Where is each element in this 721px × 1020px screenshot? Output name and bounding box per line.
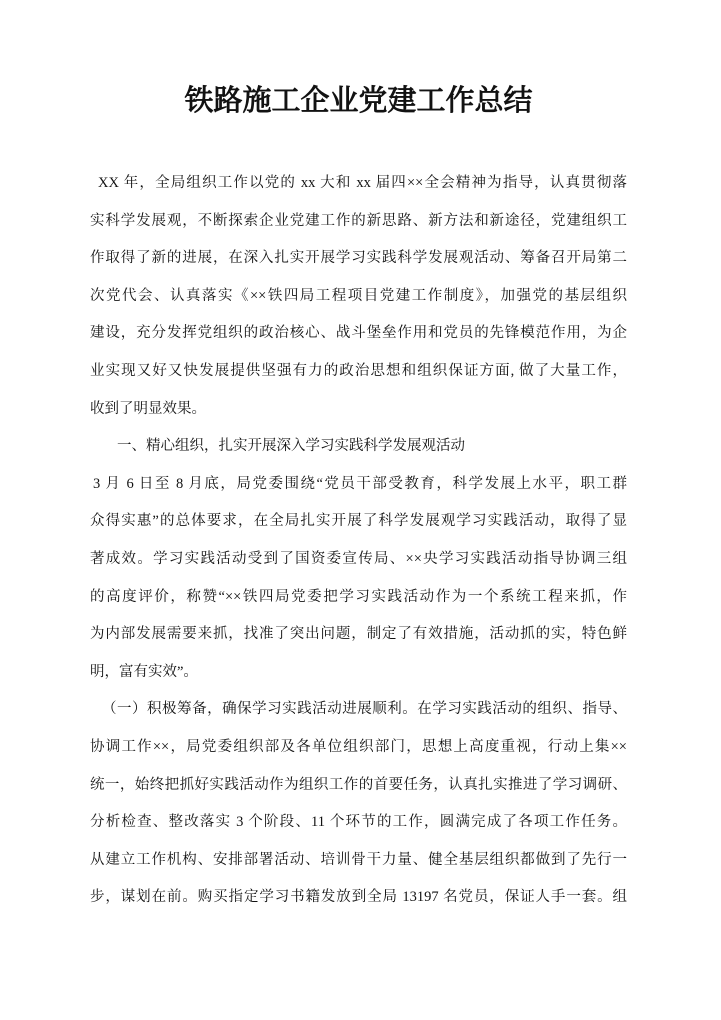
paragraph-1-line-4: 次党代会、认真落实《××铁四局工程项目党建工作制度》，加强党的基层组织 bbox=[90, 278, 627, 316]
document-body: XX 年，全局组织工作以党的 xx 大和 xx 届四××全会精神为指导，认真贯彻… bbox=[90, 165, 627, 917]
paragraph-1-line-7: 收到了明显效果。 bbox=[90, 391, 627, 429]
paragraph-2-line-3: 著成效。学习实践活动受到了国资委宣传局、××央学习实践活动指导协调三组 bbox=[90, 541, 627, 579]
paragraph-1-line-6: 业实现又好又快发展提供坚强有力的政治思想和组织保证方面, 做了大量工作， bbox=[90, 353, 627, 391]
paragraph-2-line-4: 的高度评价，称赞“××铁四局党委把学习实践活动作为一个系统工程来抓，作 bbox=[90, 579, 627, 617]
paragraph-3-line-1: （一）积极筹备，确保学习实践活动进展顺利。在学习实践活动的组织、指导、 bbox=[90, 691, 627, 729]
paragraph-3-line-2: 协调工作××，局党委组织部及各单位组织部门，思想上高度重视，行动上集×× bbox=[90, 729, 627, 767]
paragraph-2-line-5: 为内部发展需要来抓，找准了突出问题，制定了有效措施，活动抓的实，特色鲜 bbox=[90, 616, 627, 654]
paragraph-3-line-5: 从建立工作机构、安排部署活动、培训骨干力量、健全基层组织都做到了先行一 bbox=[90, 842, 627, 880]
document-canvas: { "document": { "title": "铁路施工企业党建工作总结",… bbox=[0, 0, 721, 1020]
paragraph-1-line-3: 作取得了新的进展，在深入扎实开展学习实践科学发展观活动、筹备召开局第二 bbox=[90, 240, 627, 278]
document-page: 铁路施工企业党建工作总结 XX 年，全局组织工作以党的 xx 大和 xx 届四×… bbox=[90, 84, 627, 917]
paragraph-3-line-4: 分析检查、整改落实 3 个阶段、11 个环节的工作，圆满完成了各项工作任务。 bbox=[90, 804, 627, 842]
paragraph-2-line-1: 3 月 6 日至 8 月底，局党委围绕“党员干部受教育，科学发展上水平，职工群 bbox=[90, 466, 627, 504]
paragraph-3-line-6: 步，谋划在前。购买指定学习书籍发放到全局 13197 名党员，保证人手一套。组 bbox=[90, 879, 627, 917]
section-heading: 一、精心组织，扎实开展深入学习实践科学发展观活动 bbox=[90, 428, 627, 466]
paragraph-2-line-6: 明，富有实效”。 bbox=[90, 654, 627, 692]
paragraph-1-line-1: XX 年，全局组织工作以党的 xx 大和 xx 届四××全会精神为指导，认真贯彻… bbox=[90, 165, 627, 203]
paragraph-1-line-5: 建设，充分发挥党组织的政治核心、战斗堡垒作用和党员的先锋模范作用，为企 bbox=[90, 315, 627, 353]
document-title: 铁路施工企业党建工作总结 bbox=[90, 84, 627, 118]
paragraph-3-line-3: 统一，始终把抓好实践活动作为组织工作的首要任务，认真扎实推进了学习调研、 bbox=[90, 767, 627, 805]
paragraph-1-line-2: 实科学发展观，不断探索企业党建工作的新思路、新方法和新途径，党建组织工 bbox=[90, 203, 627, 241]
paragraph-2-line-2: 众得实惠”的总体要求，在全局扎实开展了科学发展观学习实践活动，取得了显 bbox=[90, 503, 627, 541]
